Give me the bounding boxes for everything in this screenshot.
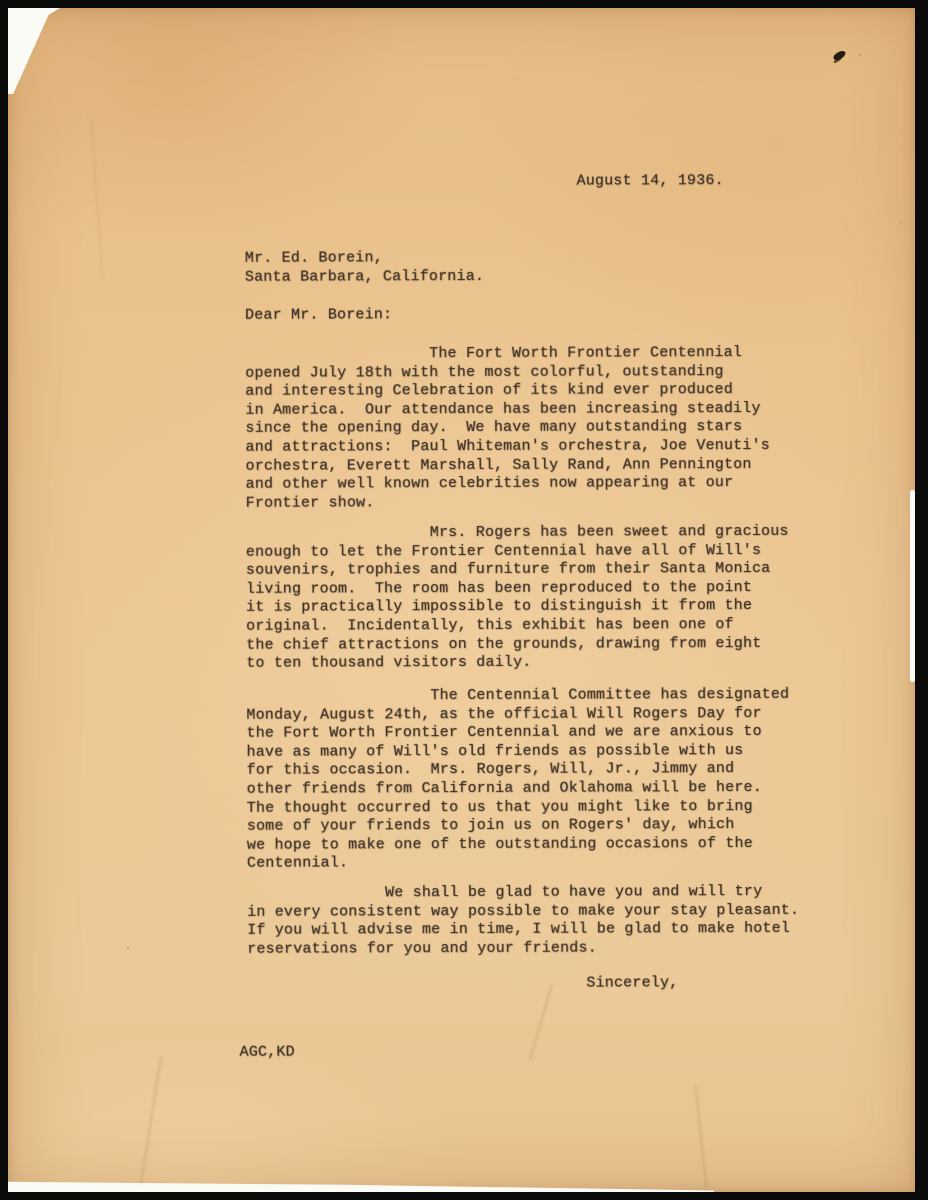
text-line: Monday, August 24th, as the official Wil… bbox=[246, 704, 789, 724]
text-line: the Fort Worth Frontier Centennial and w… bbox=[246, 723, 789, 743]
scanned-letter-screenshot: August 14, 1936. Mr. Ed. Borein,Santa Ba… bbox=[0, 0, 928, 1200]
recipient-address-block: Mr. Ed. Borein,Santa Barbara, California… bbox=[245, 249, 484, 287]
text-line: Mr. Ed. Borein, bbox=[245, 249, 484, 268]
text-line: since the opening day. We have many outs… bbox=[245, 418, 770, 438]
text-line: other friends from California and Oklaho… bbox=[247, 779, 790, 799]
text-line: We shall be glad to have you and will tr… bbox=[247, 883, 799, 904]
salutation: Dear Mr. Borein: bbox=[245, 306, 392, 325]
text-line: orchestra, Everett Marshall, Sally Rand,… bbox=[246, 455, 771, 475]
text-line: some of your friends to join us on Roger… bbox=[247, 816, 790, 836]
letter-body: August 14, 1936. Mr. Ed. Borein,Santa Ba… bbox=[0, 0, 928, 1200]
text-line: The Centennial Committee has designated bbox=[246, 686, 789, 706]
text-line: The thought occurred to us that you migh… bbox=[247, 797, 790, 817]
text-line: to ten thousand visitors daily. bbox=[246, 653, 789, 673]
paragraph-hotel-reservations: We shall be glad to have you and will tr… bbox=[247, 883, 799, 959]
text-line: living room. The room has been reproduce… bbox=[246, 579, 789, 599]
text-line: it is practically impossible to distingu… bbox=[246, 597, 789, 617]
closing: Sincerely, bbox=[586, 974, 678, 993]
text-line: have as many of Will's old friends as po… bbox=[246, 742, 789, 762]
text-line: the chief attractions on the grounds, dr… bbox=[246, 634, 789, 654]
paragraph-frontier-centennial-opening: The Fort Worth Frontier Centennialopened… bbox=[245, 344, 770, 513]
paragraph-will-rogers-day: The Centennial Committee has designatedM… bbox=[246, 686, 790, 874]
text-line: If you will advise me in time, I will be… bbox=[247, 920, 799, 941]
text-line: Centennial. bbox=[247, 853, 790, 873]
text-line: Mrs. Rogers has been sweet and gracious bbox=[246, 523, 789, 543]
text-line: in America. Our attendance has been incr… bbox=[245, 400, 770, 420]
text-line: Frontier show. bbox=[246, 493, 771, 513]
text-line: in every consistent way possible to make… bbox=[247, 901, 799, 922]
text-line: and other well known celebrities now app… bbox=[246, 474, 771, 494]
text-line: for this occasion. Mrs. Rogers, Will, Jr… bbox=[247, 760, 790, 780]
text-line: enough to let the Frontier Centennial ha… bbox=[246, 541, 789, 561]
text-line: souvenirs, trophies and furniture from t… bbox=[246, 560, 789, 580]
letter-date: August 14, 1936. bbox=[577, 172, 724, 191]
paragraph-rogers-room-exhibit: Mrs. Rogers has been sweet and graciouse… bbox=[246, 523, 789, 674]
text-line: we hope to make one of the outstanding o… bbox=[247, 835, 790, 855]
text-line: and attractions: Paul Whiteman's orchest… bbox=[245, 437, 770, 457]
text-line: Santa Barbara, California. bbox=[245, 268, 484, 287]
typist-reference-initials: AGC,KD bbox=[240, 1044, 295, 1063]
text-line: and interesting Celebration of its kind … bbox=[245, 381, 770, 401]
text-line: opened July 18th with the most colorful,… bbox=[245, 363, 770, 383]
text-line: reservations for you and your friends. bbox=[247, 939, 799, 960]
text-line: original. Incidentally, this exhibit has… bbox=[246, 616, 789, 636]
text-line: The Fort Worth Frontier Centennial bbox=[245, 344, 770, 364]
